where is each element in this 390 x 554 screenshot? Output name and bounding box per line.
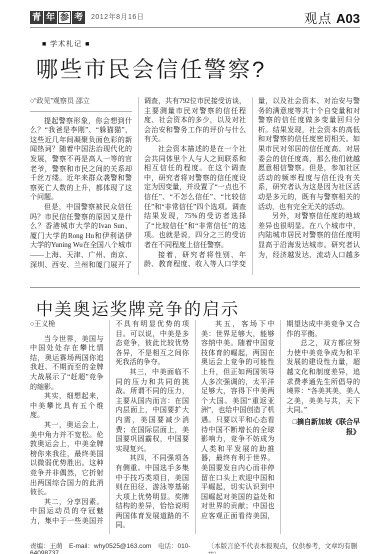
section-name: 观点 [304, 8, 332, 27]
logo-char: 考 [72, 11, 85, 24]
logo-char: 年 [44, 11, 57, 24]
newspaper-page: 青 年 参 考 2012年8月16日 观点 A03 ■ 学术札记 ■ 哪些市民会… [0, 0, 390, 554]
article2-body: ○王义桅 当今世界，美国与中国处处存在攀比情结，奥运赛场两国你追我赶、不期而至的… [30, 320, 360, 534]
article2-byline: ○王义桅 [30, 320, 104, 330]
issue-date: 2012年8月16日 [91, 12, 144, 22]
footer-disclaimer: 〔本版言论不代表本报观点，仅供参考，文章均有删节〕 [208, 541, 360, 554]
section-and-page: 观点 A03 [304, 8, 360, 27]
column-label: ■ 学术札记 ■ [42, 39, 90, 49]
article1-byline: ○“政见”观察员 邵立 [30, 97, 132, 112]
article-divider [30, 287, 360, 288]
paragraph: 当今世界，美国与中国处处存在攀比情结，奥运赛场两国你追我赶、不期而至的金牌大战展… [30, 335, 104, 393]
paragraph: 其四，不同强项各有侧重。中国选手多集中于技巧类项目，美国则在田径、游泳等基础大项… [116, 454, 190, 531]
article2-source: □摘自新加坡《联合早报》 [287, 418, 361, 437]
paragraph: 社会资本描述的是在一个社会共同体里个人与人之间联系和相互信任的程度。在这个调查中… [144, 145, 246, 251]
logo-char: 青 [30, 11, 43, 24]
logo-char: 参 [58, 11, 71, 24]
page-footer: 责编：王萌 E-mail：why0525@163.com 电话：010-6409… [30, 541, 360, 554]
newspaper-logo: 青 年 参 考 [30, 11, 85, 24]
footer-editor-contact: 责编：王萌 E-mail：why0525@163.com 电话：010-6409… [30, 541, 208, 554]
paragraph: 其一，奥运会上，美中角力并不宽松。伦敦奥运会上，中美金牌榜你来我往，最终美国以微… [30, 421, 104, 498]
paragraph: 其实，细想起来，中美攀比具有五个维度。 [30, 392, 104, 421]
page-number: A03 [336, 11, 360, 26]
paragraph: 其三，中美面临不同的压力和共同的挑战。所谓不同的压力，主要从国内而言：在国内层面… [116, 368, 190, 454]
article1-paragraphs: 提起警察形象，你会想到什么？“我爸是李刚”、“躲猫猫”，这些近几年间凝聚负面色彩… [30, 97, 360, 275]
article1-body: ○“政见”观察员 邵立 提起警察形象，你会想到什么？“我爸是李刚”、“躲猫猫”，… [30, 97, 360, 275]
paragraph: 提起警察形象，你会想到什么？“我爸是李刚”、“躲猫猫”，这些近几年间凝聚负面色彩… [30, 117, 132, 203]
masthead: 青 年 参 考 2012年8月16日 观点 A03 [30, 7, 360, 28]
article1-headline: 哪些市民会信任警察? [36, 53, 360, 84]
paragraph: 总之，双方都应努力使中美竞争成为和平发展的建设性力量，超越文化和制度差异，追求费… [287, 339, 361, 416]
article2-headline: 中美奥运奖牌竞争的启示 [36, 295, 360, 320]
